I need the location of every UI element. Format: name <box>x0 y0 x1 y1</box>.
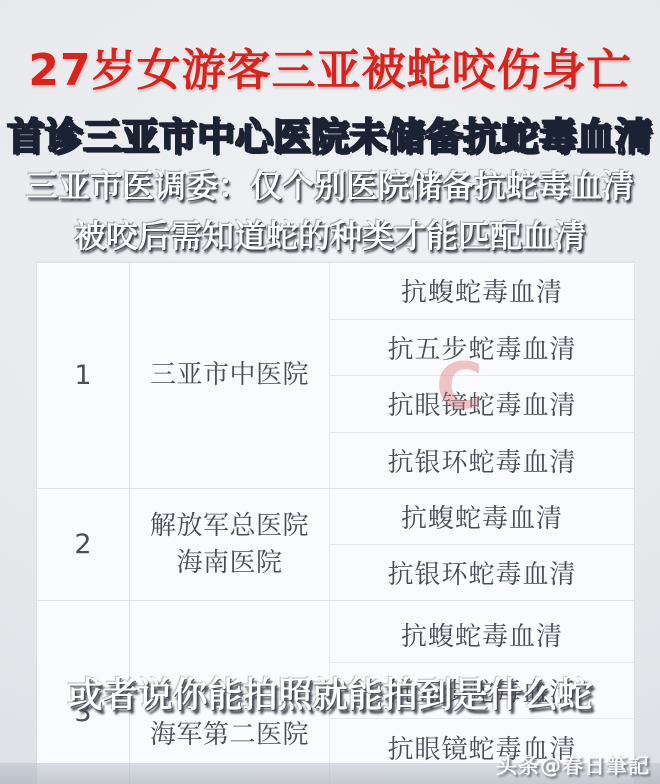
video-caption: 或者说你能拍照就能拍到是什么蛇 <box>0 668 660 718</box>
hospital-name: 三亚市中医院 <box>130 263 330 488</box>
hospital-name-line: 解放军总医院 <box>150 508 309 545</box>
headline-subtitle: 首诊三亚市中心医院未储备抗蛇毒血清 <box>0 106 660 161</box>
logo-watermark-c: C <box>436 350 483 424</box>
serum-item: 抗银环蛇毒血清 <box>330 433 634 489</box>
hospital-name-line: 三亚市中医院 <box>150 357 309 394</box>
news-image-frame: 27岁女游客三亚被蛇咬伤身亡 首诊三亚市中心医院未储备抗蛇毒血清 三亚市医调委：… <box>0 0 660 784</box>
note-line-1: 三亚市医调委：仅个别医院储备抗蛇毒血清 <box>0 161 660 207</box>
row-index: 2 <box>37 489 130 600</box>
serum-list: 抗蝮蛇毒血清 抗银环蛇毒血清 <box>330 489 634 600</box>
note-line-2: 被咬后需知道蛇的种类才能匹配血清 <box>0 211 660 257</box>
table-row: 2 解放军总医院 海南医院 抗蝮蛇毒血清 抗银环蛇毒血清 <box>37 489 634 601</box>
hospital-name: 解放军总医院 海南医院 <box>130 489 330 600</box>
row-index: 1 <box>37 263 130 488</box>
hospital-name-line: 海军第二医院 <box>150 717 309 754</box>
table-row: 1 三亚市中医院 抗蝮蛇毒血清 抗五步蛇毒血清 抗眼镜蛇毒血清 抗银环蛇毒血清 <box>37 263 634 489</box>
serum-item: 抗蝮蛇毒血清 <box>330 489 634 545</box>
hospital-name-line: 海南医院 <box>176 545 282 582</box>
headline-title: 27岁女游客三亚被蛇咬伤身亡 <box>0 34 660 98</box>
serum-item: 抗蝮蛇毒血清 <box>330 607 634 663</box>
credit-watermark: 头条@春日筆記 <box>496 750 650 780</box>
serum-item: 抗银环蛇毒血清 <box>330 545 634 600</box>
serum-item: 抗蝮蛇毒血清 <box>330 263 634 320</box>
